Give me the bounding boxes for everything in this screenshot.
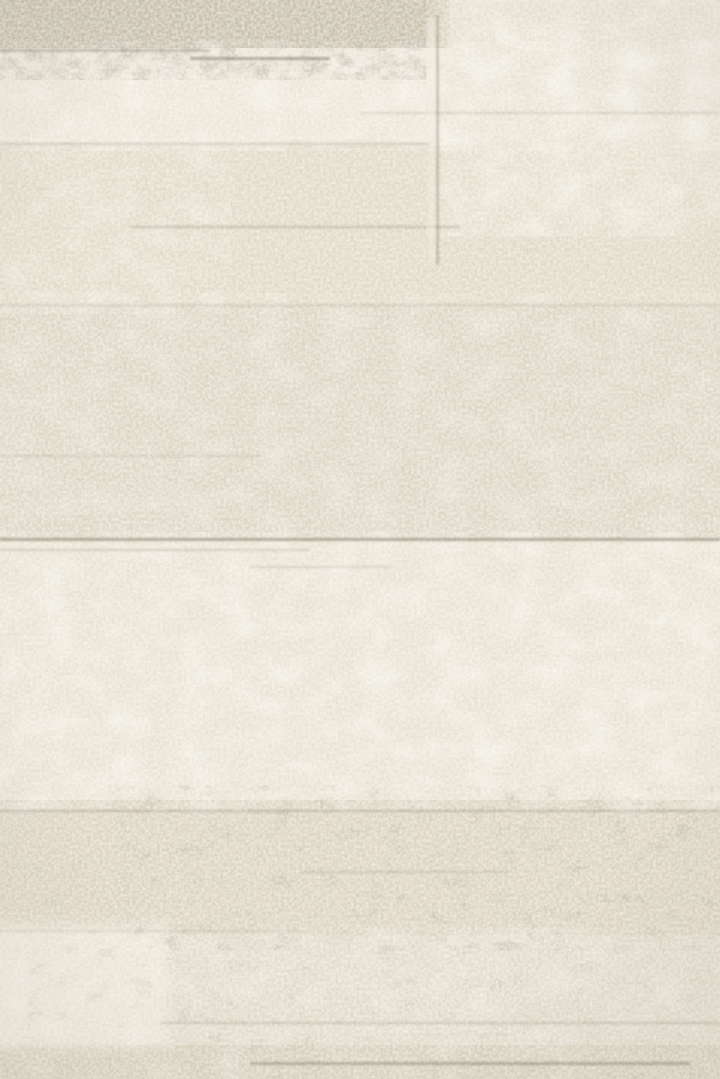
rug-texture-canvas xyxy=(0,0,720,1079)
rug-texture-photo xyxy=(0,0,720,1079)
vignette-overlay xyxy=(0,0,720,1079)
